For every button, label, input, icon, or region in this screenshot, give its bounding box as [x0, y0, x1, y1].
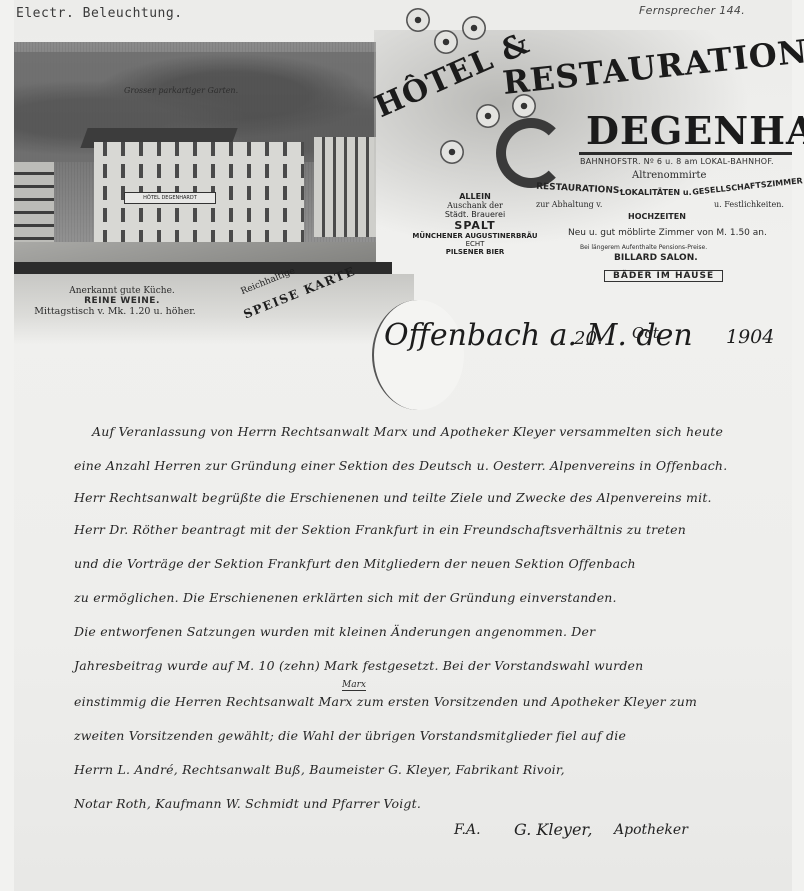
beer-panel-augustiner: MÜNCHENER AUGUSTINERBRÄU: [390, 232, 560, 240]
marginal-insertion: Marx: [342, 680, 366, 691]
body-line: einstimmig die Herren Rechtsanwalt Marx …: [74, 694, 697, 709]
flower-ornament-icon: [462, 16, 486, 40]
services-renowned: Altrenommirte: [632, 170, 706, 181]
dateline-day: 20.: [574, 328, 603, 349]
right-building-illustration: [314, 137, 376, 237]
body-line: Die entworfenen Satzungen wurden mit kle…: [74, 624, 595, 639]
garden-caption: Grosser parkartiger Garten.: [124, 86, 238, 95]
beer-panel-echt: ECHT: [390, 240, 560, 248]
beer-panel-spalt: SPALT: [390, 219, 560, 232]
body-line: Herrn L. André, Rechtsanwalt Buß, Baumei…: [74, 762, 565, 777]
kitchen-lunch-price: Mittagstisch v. Mk. 1.20 u. höher.: [18, 306, 212, 317]
body-line: Jahresbeitrag wurde auf M. 10 (zehn) Mar…: [74, 658, 643, 673]
flower-ornament-icon: [406, 8, 430, 32]
services-rooms: Neu u. gut möblirte Zimmer von M. 1.50 a…: [568, 228, 767, 238]
scroll-ornament-icon: [496, 118, 566, 188]
body-line: eine Anzahl Herren zur Gründung einer Se…: [74, 458, 727, 473]
dateline-year: 1904: [726, 326, 774, 348]
services-billiard: BILLARD SALON.: [614, 253, 698, 263]
services-lokalitaeten: LOKALITÄTEN u.: [620, 188, 692, 197]
flower-ornament-icon: [476, 104, 500, 128]
body-line: und die Vorträge der Sektion Frankfurt d…: [74, 556, 636, 571]
hotel-engraving: Grosser parkartiger Garten. HÔTEL DEGENH…: [14, 42, 376, 270]
signature-title: Apotheker: [614, 822, 688, 838]
flower-ornament-icon: [434, 30, 458, 54]
signature-initials: F.A.: [454, 822, 481, 838]
electric-lighting-note: Electr. Beleuchtung.: [16, 6, 183, 21]
flower-ornament-icon: [440, 140, 464, 164]
body-line: Notar Roth, Kaufmann W. Schmidt und Pfar…: [74, 796, 421, 811]
services-festlichkeiten: u. Festlichkeiten.: [714, 200, 784, 209]
beer-panel-pilsener: PILSENER BIER: [390, 248, 560, 256]
letter-page: Electr. Beleuchtung. Fernsprecher 144. G…: [14, 0, 792, 891]
beer-panel-brauerei: Städt. Brauerei: [390, 210, 560, 219]
title-underline: [579, 152, 792, 155]
body-line: Herr Dr. Röther beantragt mit der Sektio…: [74, 522, 686, 537]
services-baths: BÄDER IM HAUSE: [604, 270, 723, 282]
beer-panel: ALLEIN Auschank der Städt. Brauerei SPAL…: [390, 192, 560, 256]
body-line: zu ermöglichen. Die Erschienenen erklärt…: [74, 590, 617, 605]
telephone-number: Fernsprecher 144.: [639, 4, 745, 17]
beer-panel-allein: ALLEIN: [390, 192, 560, 201]
kitchen-panel: Anerkannt gute Küche. REINE WEINE. Mitta…: [32, 286, 212, 317]
signature-name: G. Kleyer,: [514, 820, 592, 839]
kitchen-good-cuisine: Anerkannt gute Küche.: [32, 286, 212, 296]
beer-panel-ausschank: Auschank der: [390, 201, 560, 210]
dateline-month: Oct: [632, 324, 659, 342]
hotel-address: BAHNHOFSTR. Nº 6 u. 8 am LOKAL-BAHNHOF.: [580, 157, 774, 166]
body-line: Herr Rechtsanwalt begrüßte die Erschiene…: [74, 490, 712, 505]
title-degenhardt: DEGENHARDT: [586, 108, 804, 153]
services-hochzeiten: HOCHZEITEN: [628, 212, 686, 221]
body-line: Auf Veranlassung von Herrn Rechtsanwalt …: [92, 424, 723, 439]
kitchen-pure-wines: REINE WEINE.: [32, 296, 212, 306]
hotel-building-sign: HÔTEL DEGENHARDT: [124, 192, 216, 204]
body-line: zweiten Vorsitzenden gewählt; die Wahl d…: [74, 728, 626, 743]
services-pension: Bei längerem Aufenthalte Pensions-Preise…: [580, 244, 707, 251]
circle-ornament: [372, 300, 464, 410]
